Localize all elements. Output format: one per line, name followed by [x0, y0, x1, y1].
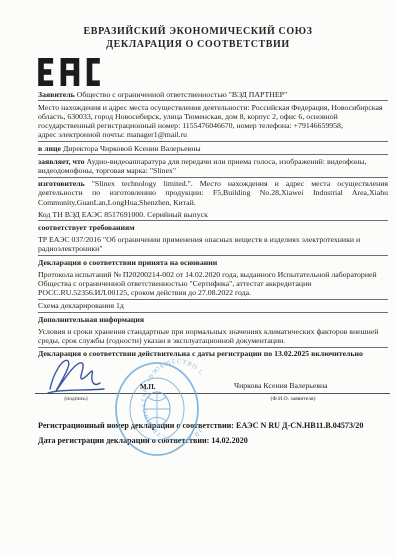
additional-header: Дополнительная информация: [38, 315, 144, 324]
storage-conditions-text: Условия и сроки хранения стандартные при…: [38, 327, 378, 345]
applicant-name: Общество с ограниченной ответственностью…: [77, 90, 287, 99]
basis-header-row: Декларация о соответствии принята на осн…: [38, 256, 388, 268]
signature-block: ОБЩЕСТВО С ОГРАНИЧЕННОЙ ОТВЕТСТВЕННОСТЬЮ…: [38, 363, 388, 409]
registration-number-value: ЕАЭС N RU Д-CN.НВ11.В.04573/20: [236, 421, 363, 430]
scheme-row: Схема декларирования 1д: [38, 300, 388, 313]
declaration-of-conformity-document: ЕВРАЗИЙСКИЙ ЭКОНОМИЧЕСКИЙ СОЮЗ ДЕКЛАРАЦИ…: [0, 0, 396, 556]
product-description: Аудио-видеоаппаратура для передачи или п…: [38, 157, 366, 175]
storage-conditions-row: Условия и сроки хранения стандартные при…: [38, 325, 388, 347]
signer-caption: (Ф.И.О. заявителя): [228, 396, 358, 402]
document-body: Заявитель Общество с ограниченной ответс…: [38, 88, 388, 409]
registration-date-value: 14.02.2020: [211, 436, 247, 445]
tnved-code-row: Код ТН ВЭД ЕАЭС 8517691000. Серийный вып…: [38, 208, 388, 221]
registration-date-line: Дата регистрации декларации о соответств…: [38, 436, 388, 446]
requirements-row: ТР ЕАЭС 037/2016 "Об ограничении примене…: [38, 234, 388, 256]
seal-place-mark: М.П.: [140, 383, 156, 392]
tnved-code: Код ТН ВЭД ЕАЭС 8517691000. Серийный вып…: [38, 210, 208, 219]
manufacturer-label: изготовитель: [38, 179, 85, 188]
registration-number-label: Регистрационный номер декларации о соотв…: [38, 421, 234, 430]
eac-mark-icon: [38, 58, 100, 86]
document-title: ЕВРАЗИЙСКИЙ ЭКОНОМИЧЕСКИЙ СОЮЗ ДЕКЛАРАЦИ…: [0, 0, 396, 51]
applicant-row: Заявитель Общество с ограниченной ответс…: [38, 88, 388, 101]
basis-header: Декларация о соответствии принята на осн…: [38, 258, 217, 267]
representative-name: Директора Чирковой Ксении Валерьевны: [63, 144, 201, 153]
applicant-email: адрес электронной почты: manager1@mail.r…: [38, 130, 187, 139]
registration-date-label: Дата регистрации декларации о соответств…: [38, 436, 209, 445]
registration-block: Регистрационный номер декларации о соотв…: [38, 421, 388, 446]
product-declaration-row: заявляет, что Аудио-видеоаппаратура для …: [38, 155, 388, 177]
complies-header-row: соответствует требованиям: [38, 221, 388, 233]
signer-name: Чиркова Ксения Валерьевна: [234, 381, 328, 390]
complies-header: соответствует требованиям: [38, 223, 135, 232]
requirements-text: ТР ЕАЭС 037/2016 "Об ограничении примене…: [38, 235, 360, 253]
declares-label: заявляет, что: [38, 157, 85, 166]
test-report-text: Протокола испытаний № П20200214-002 от 1…: [38, 270, 377, 297]
representative-row: в лице Директора Чирковой Ксении Валерье…: [38, 142, 388, 155]
declaration-title: ДЕКЛАРАЦИЯ О СООТВЕТСТВИИ: [0, 39, 396, 52]
applicant-address: Место нахождения и адрес места осуществл…: [38, 103, 383, 130]
test-report-row: Протокола испытаний № П20200214-002 от 1…: [38, 268, 388, 300]
manufacturer-address: "Slinex technology limited.". Место нахо…: [38, 179, 388, 206]
representative-label: в лице: [38, 144, 61, 153]
applicant-label: Заявитель: [38, 90, 75, 99]
registration-number-line: Регистрационный номер декларации о соотв…: [38, 421, 388, 431]
applicant-address-row: Место нахождения и адрес места осуществл…: [38, 101, 388, 142]
manufacturer-row: изготовитель "Slinex technology limited.…: [38, 178, 388, 209]
union-title: ЕВРАЗИЙСКИЙ ЭКОНОМИЧЕСКИЙ СОЮЗ: [0, 26, 396, 39]
additional-header-row: Дополнительная информация: [38, 313, 388, 325]
eac-logo: [38, 58, 396, 86]
scheme-text: Схема декларирования 1д: [38, 301, 124, 310]
handwritten-signature: [42, 349, 112, 401]
